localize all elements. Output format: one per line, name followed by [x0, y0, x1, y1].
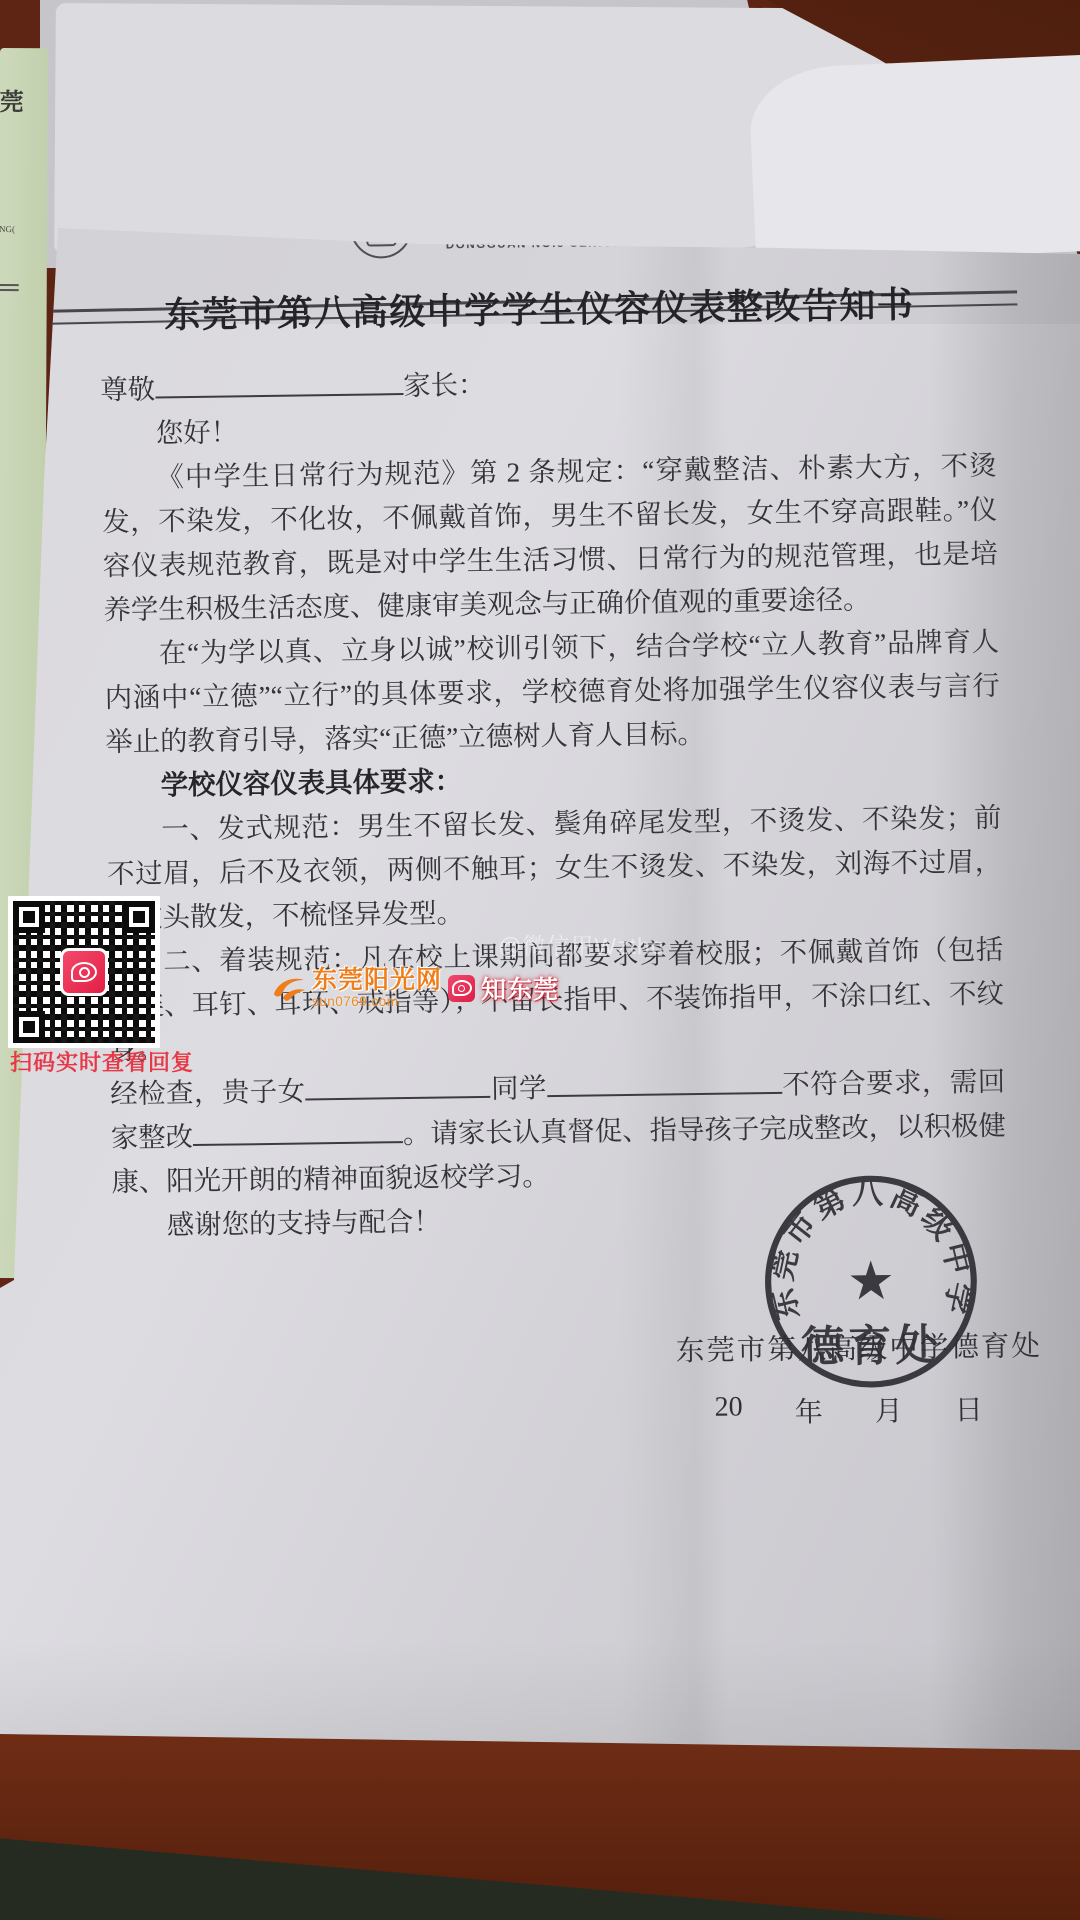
eye-icon [71, 962, 97, 982]
stamp-star-icon: ★ [847, 1251, 896, 1312]
notice-body: 尊敬家长： 您好！ 《中学生日常行为规范》第 2 条规定：“穿戴整洁、朴素大方，… [100, 356, 1007, 1248]
date-year-prefix: 20 [714, 1391, 743, 1431]
green-paper-rule [0, 284, 19, 286]
sunshine-net-logo-icon [270, 972, 306, 1004]
child-name-blank [305, 1067, 490, 1100]
qr-center-logo [60, 948, 108, 996]
date-month-label: 月 [874, 1389, 903, 1429]
date-year-label: 年 [794, 1390, 823, 1430]
stamp-label: 德育处 [801, 1322, 943, 1372]
green-paper-partial-char: 莞 [0, 82, 26, 117]
qr-finder-bottom-left [13, 1011, 45, 1043]
date-line: 20 年 月 日 [714, 1388, 983, 1432]
closing-seg2: 同学 [490, 1073, 547, 1104]
notice-title: 东莞市第八高级中学学生仪容仪表整改告知书 [99, 276, 980, 339]
salutation-suffix: 家长： [403, 370, 486, 401]
closing-seg1: 经检查，贵子女 [110, 1076, 306, 1109]
qr-code-overlay [8, 896, 160, 1048]
official-stamp: 东莞市第八高级中学 ★ 德育处 [759, 1170, 982, 1393]
site-name: 东莞阳光网 [312, 968, 442, 993]
paragraph-regulation: 《中学生日常行为规范》第 2 条规定：“穿戴整洁、朴素大方，不烫发，不染发，不化… [101, 444, 998, 632]
eye-icon [452, 980, 472, 996]
rectify-days-blank [193, 1112, 403, 1146]
site-domain: sun0769.com [312, 995, 442, 1009]
zhidongguan-logo-icon [448, 975, 475, 1002]
paragraph-motto: 在“为学以真、立身以诚”校训引领下，结合学校“立人教育”品牌育人内涵中“立德”“… [104, 620, 1001, 764]
date-day-label: 日 [954, 1388, 983, 1428]
background-sheet-curved [748, 55, 1080, 266]
green-paper-partial-letters: NG( [0, 224, 15, 234]
requirement-item-hairstyle: 一、发式规范：男生不留长发、鬓角碎尾发型，不烫发、不染发；前不过眉，后不及衣领，… [106, 796, 1003, 940]
qr-finder-top-right [123, 901, 155, 933]
qr-code-pattern [13, 901, 155, 1043]
site-watermark: 东莞阳光网 sun0769.com 知东莞 [270, 968, 559, 1009]
wechat-user-watermark: @微信用Wztho [498, 928, 665, 961]
qr-finder-top-left [13, 901, 45, 933]
qr-caption: 扫码实时查看回复 [10, 1046, 180, 1077]
salutation-prefix: 尊敬 [100, 375, 155, 406]
parent-name-blank [155, 364, 403, 398]
zhidongguan-label: 知东莞 [481, 970, 559, 1006]
student-blank [547, 1063, 782, 1097]
site-name-block: 东莞阳光网 sun0769.com [312, 968, 442, 1009]
